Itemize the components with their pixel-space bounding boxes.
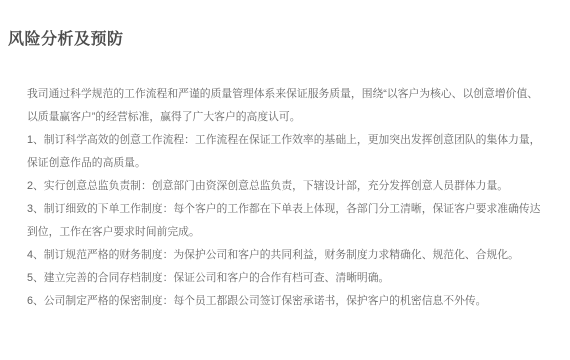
list-item-5: 5、建立完善的合同存档制度：保证公司和客户的合作有档可查、清晰明确。 [27, 267, 543, 290]
list-item-3: 3、制订细致的下单工作制度：每个客户的工作都在下单表上体现，各部门分工清晰，保证… [27, 198, 543, 244]
list-item-1: 1、制订科学高效的创意工作流程：工作流程在保证工作效率的基础上，更加突出发挥创意… [27, 129, 543, 175]
list-item-4: 4、制订规范严格的财务制度：为保护公司和客户的共同利益，财务制度力求精确化、规范… [27, 244, 543, 267]
list-item-6: 6、公司制定严格的保密制度：每个员工都跟公司签订保密承诺书，保护客户的机密信息不… [27, 290, 543, 313]
content-body: 我司通过科学规范的工作流程和严谨的质量管理体系来保证服务质量，围绕“以客户为核心… [27, 83, 543, 313]
page-title: 风险分析及预防 [0, 0, 570, 50]
document-page: 风险分析及预防 我司通过科学规范的工作流程和严谨的质量管理体系来保证服务质量，围… [0, 0, 570, 360]
list-item-2: 2、实行创意总监负责制：创意部门由资深创意总监负责，下辖设计部，充分发挥创意人员… [27, 175, 543, 198]
intro-paragraph: 我司通过科学规范的工作流程和严谨的质量管理体系来保证服务质量，围绕“以客户为核心… [27, 83, 543, 129]
